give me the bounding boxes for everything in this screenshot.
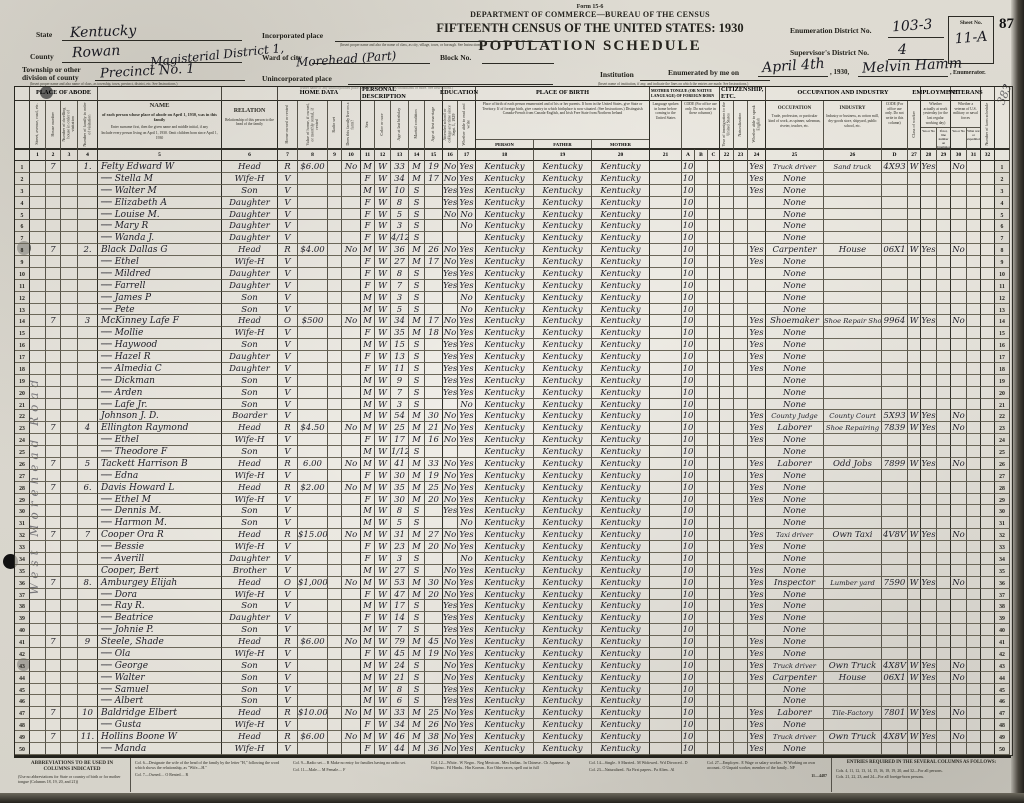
cell-value: No [444,423,457,433]
cell [298,589,328,601]
cell [342,600,361,612]
cell: Yes [748,707,766,719]
cell-value: Yes [459,732,473,742]
cell [882,327,908,339]
cell [328,517,342,529]
cell: V [277,173,298,185]
cell [719,220,734,232]
cell [649,707,682,719]
cell: S [409,399,425,411]
cell [695,304,708,316]
cell: W [375,422,391,434]
cell [46,232,61,244]
cell [46,624,61,636]
subcol-caption: What war or expedition [967,128,981,149]
cell [734,434,748,446]
cell: ── Wanda J. [97,232,222,244]
cell [695,173,708,185]
cell: V [277,232,298,244]
cell-value: Kentucky [600,732,640,742]
cell-value: W [378,578,387,588]
table-row: 2876.Davis Howard LHeadR$2.00NoMW35M25No… [15,482,1012,494]
cell: Yes [442,268,458,280]
cell: Yes [458,280,476,292]
line-number: 4 [15,197,30,209]
cell [719,280,734,292]
cell-value: Yes [749,720,763,730]
scan-edge-right [1011,0,1024,803]
cell-value: W [378,423,387,433]
cell: 10 [682,660,695,672]
cell: W [375,327,391,339]
cell: W [375,470,391,482]
cell-value: 10 [683,269,694,279]
col-relation: RELATIONRelationship of this person to t… [221,101,278,149]
cell-value: No [345,530,358,540]
cell: No [442,494,458,506]
cell-value: Kentucky [600,328,640,338]
cell-value: Truck driver [773,733,816,741]
cell-value: No [952,661,965,671]
cell-value: ── Hazel R [101,352,151,362]
cell [298,399,328,411]
cell: No [442,577,458,589]
cell: F [360,541,375,553]
cell: S [409,517,425,529]
cell [882,232,908,244]
cell-value: S [414,305,420,315]
cell-value: 46 [394,732,405,742]
cell-value: 10 [683,305,694,315]
print-code: 11—4487 [707,773,827,778]
cell [748,553,766,565]
line-number: 24 [15,434,30,446]
cell-value: Kentucky [484,530,524,540]
cell [342,375,361,387]
cell: V [277,565,298,577]
cell: Kentucky [592,446,650,458]
cell [442,232,458,244]
cell [980,624,995,636]
cell: Yes [442,363,458,375]
cell: Yes [458,612,476,624]
cell [695,327,708,339]
entries-required-box: ENTRIES REQUIRED IN THE SEVERAL COLUMNS … [832,758,1011,792]
cell-value: None [783,542,806,552]
cell-value: Kentucky [484,708,524,718]
cell-value: W [378,613,387,623]
cell [29,304,46,316]
line-number: 35 [994,565,1010,577]
cell-value: F [365,352,371,362]
cell: Laborer [765,422,824,434]
cell [695,422,708,434]
cell: 7 [46,315,61,327]
cell-value: Kentucky [542,566,582,576]
cell [920,434,937,446]
cell: Kentucky [534,209,592,221]
cell [695,612,708,624]
cell-value: No [345,423,358,433]
cell: 15 [391,339,409,351]
cell: ── Arden [97,387,222,399]
cell [937,541,951,553]
cell: Yes [748,612,766,624]
cell: M [409,648,425,660]
cell [342,339,361,351]
cell: Yes [920,672,937,684]
cell [328,505,342,517]
cell [695,577,708,589]
cell-value: Kentucky [542,590,582,600]
cell [649,220,682,232]
cell: Son [221,339,278,351]
cell: Son [221,387,278,399]
cell [920,292,937,304]
cell [824,541,882,553]
cell-value: M [363,530,372,540]
cell [298,695,328,707]
cell-value: Yes [443,506,457,516]
cell-value: Yes [459,388,473,398]
cell [980,719,995,731]
cell: Sand truck [824,161,882,173]
cell [719,719,734,731]
cell: W [375,161,391,173]
line-number: 22 [15,410,30,422]
cell [937,363,951,375]
cell [425,351,443,363]
cell [950,470,967,482]
cell-value: 10 [683,483,694,493]
cell-value: None [783,352,806,362]
column-number: 7 [277,149,298,161]
cell-value: 10 [683,590,694,600]
cell [649,565,682,577]
cell: Son [221,185,278,197]
cell: 8 [391,268,409,280]
cell-value: Laborer [777,423,811,433]
cell [649,446,682,458]
cell: Yes [748,577,766,589]
cell: W [375,672,391,684]
cell-value: 14 [394,613,405,623]
cell-value: Own Taxi [832,530,872,540]
cell [748,624,766,636]
cell-value: ── Harmon M. [101,518,167,528]
cell: No [342,636,361,648]
cell-value: W [378,649,387,659]
cell-value: S [414,601,420,611]
cell [920,636,937,648]
cell-value: V [284,233,290,243]
cell-value: V [284,376,290,386]
cell: Yes [748,743,766,755]
cell: Kentucky [475,315,534,327]
cell: Kentucky [534,517,592,529]
cell-value: V [284,221,290,231]
cell: M [360,636,375,648]
cell: W [375,600,391,612]
cell-value: 25 [428,483,439,493]
cell: 10 [682,707,695,719]
cell: V [277,541,298,553]
cell-value: ── Gusta [101,720,141,730]
cell [342,505,361,517]
cell: Kentucky [475,672,534,684]
cell-value: F [365,435,371,445]
cell: M [409,256,425,268]
cell: Kentucky [534,648,592,660]
col-dwelling-number: Number of dwelling house in order of vis… [61,101,78,149]
cell-value: Yes [921,673,935,683]
cell [46,494,61,506]
cell: ── Ray R. [97,600,222,612]
cell: 7 [46,636,61,648]
line-number: 11 [15,280,30,292]
cell-value: S [414,352,420,362]
cell: Kentucky [592,244,650,256]
line-number: 49 [994,731,1010,743]
cell [342,410,361,422]
cell-value: R [284,483,290,493]
cell [719,422,734,434]
cell: M [409,636,425,648]
cell [950,684,967,696]
cell [719,327,734,339]
cell-value: 7 [397,281,402,291]
cell-value: M [363,245,372,255]
cell: Wife-H [221,173,278,185]
cell [29,529,46,541]
cell: 10 [682,363,695,375]
cell [950,256,967,268]
cell-value: 4 [85,423,90,433]
cell [967,410,981,422]
cell-value: ── Johnie P. [101,625,153,635]
cell: Kentucky [475,327,534,339]
cell-value: Wife-H [235,495,265,505]
cell [824,387,882,399]
cell: S [409,280,425,292]
cell-value: 10 [82,708,93,718]
cell-value: 25 [428,708,439,718]
cell [734,232,748,244]
cell: Laborer [765,458,824,470]
cell: Yes [748,482,766,494]
cell [425,672,443,684]
cell [937,731,951,743]
cell: Kentucky [534,482,592,494]
cell [29,220,46,232]
group-header: PERSONAL DESCRIPTION [361,87,443,101]
cell [719,387,734,399]
cell: Kentucky [475,209,534,221]
cell [937,660,951,672]
table-row: 7── Wanda J.DaughterVFW4/12SKentuckyKent… [15,232,1012,244]
cell [342,220,361,232]
cell [824,505,882,517]
cell [29,458,46,470]
line-number: 21 [15,399,30,411]
cell: M [409,719,425,731]
cell-value: V [284,174,290,184]
cell-value: Kentucky [542,506,582,516]
cell-value: W [910,245,919,255]
cell: None [765,304,824,316]
cell [442,446,458,458]
cell-value: R [284,423,290,433]
cell: ── Almedia C [97,363,222,375]
cell: No [442,672,458,684]
cell [649,339,682,351]
cell [425,387,443,399]
cell [967,339,981,351]
cell: Yes [458,173,476,185]
cell: S [409,197,425,209]
cell [46,434,61,446]
cell-value: 3 [397,293,402,303]
line-number: 14 [15,315,30,327]
cell [46,648,61,660]
cell: M [409,541,425,553]
cell-value: Yes [443,601,457,611]
cell: Wife-H [221,434,278,446]
cell [61,529,78,541]
cell [734,577,748,589]
cell [298,719,328,731]
cell: 7 [391,387,409,399]
cell-value: 38 [428,732,439,742]
cell [61,695,78,707]
cell [46,256,61,268]
cell: F [360,268,375,280]
cell: None [765,363,824,375]
cell [695,244,708,256]
cell: No [458,304,476,316]
cell-value: Kentucky [484,281,524,291]
cell: Yes [442,185,458,197]
cell-value: Kentucky [484,388,524,398]
cell: None [765,517,824,529]
column-number: 3 [61,149,78,161]
cell [46,600,61,612]
cell: M [360,446,375,458]
cell: V [277,743,298,755]
cell [967,304,981,316]
cell [328,185,342,197]
cell [78,339,98,351]
cell [425,565,443,577]
cell [734,660,748,672]
cell: No [458,292,476,304]
cell-value: S [414,221,420,231]
cell-value: 9 [85,637,90,647]
cell-value: Kentucky [542,637,582,647]
cell-value: M [363,518,372,528]
cell [328,707,342,719]
cell-value: 8 [397,198,402,208]
cell [824,220,882,232]
cell: 16 [425,434,443,446]
cell [298,197,328,209]
cell [937,636,951,648]
cell [937,304,951,316]
col-immigration-year: Year of immigration to the United States [719,101,734,149]
cell: Yes [458,339,476,351]
cell: Kentucky [592,660,650,672]
line-number: 5 [15,209,30,221]
cell [734,185,748,197]
county-value: Rowan [72,43,121,62]
cell-value: Kentucky [542,186,582,196]
table-row: 29── Ethel MWife-HVFW30M20NoYesKentuckyK… [15,494,1012,506]
cell-value: No [460,221,473,231]
cell: W [375,232,391,244]
cell-value: 33 [428,459,439,469]
cell: W [375,220,391,232]
cell [695,280,708,292]
cell: F [360,197,375,209]
cell-value: V [284,400,290,410]
cell: 10 [682,505,695,517]
cell [46,505,61,517]
cell: Kentucky [475,434,534,446]
cell [748,197,766,209]
cell [78,719,98,731]
cell [734,173,748,185]
cell-value: 45 [428,637,439,647]
cell [328,232,342,244]
cell: 06X1 [882,244,908,256]
cell [61,399,78,411]
cell-value: 10 [683,400,694,410]
cell [695,375,708,387]
cell: Kentucky [534,494,592,506]
cell [61,660,78,672]
cell: None [765,256,824,268]
cell: W [375,351,391,363]
cell: V [277,280,298,292]
cell: V [277,672,298,684]
cell [298,660,328,672]
cell: ── Louise M. [97,209,222,221]
cell [61,482,78,494]
cell-value: None [783,566,806,576]
cell-value: Head [238,578,261,588]
cell-value: Son [241,388,257,398]
cell-value: ── Edna [101,471,138,481]
cell [695,743,708,755]
cell [298,256,328,268]
cell: V [277,327,298,339]
cell: Head [221,458,278,470]
cell-value: 11. [81,732,95,742]
cell [882,636,908,648]
cell: 7 [46,731,61,743]
cell-value: M [412,649,421,659]
cell-value: Carpenter [772,245,816,255]
cell-value: ── James P [101,293,151,303]
cell [61,731,78,743]
cell [824,482,882,494]
cell [824,256,882,268]
cell: W [375,636,391,648]
cell-value: Head [238,708,261,718]
cell: Yes [920,660,937,672]
cell: Yes [748,339,766,351]
cell: Yes [458,600,476,612]
